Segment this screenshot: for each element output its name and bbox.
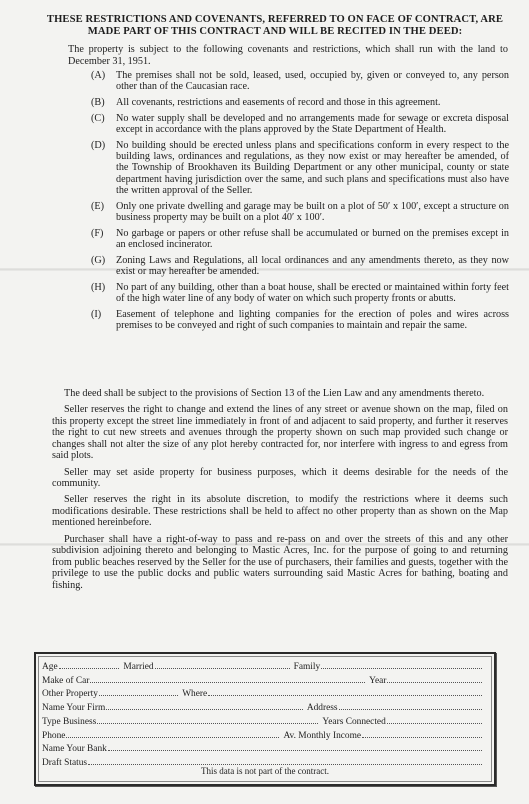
field-label: Phone: [42, 730, 65, 743]
name-your-bank-blank[interactable]: [108, 742, 482, 751]
form-row: Other PropertyWhere: [42, 687, 486, 701]
restriction-label: (I): [91, 309, 116, 332]
field-married: Married: [123, 660, 293, 674]
av-monthly-income-blank[interactable]: [362, 729, 482, 738]
address-blank[interactable]: [339, 701, 482, 710]
phone-blank[interactable]: [66, 729, 279, 738]
restriction-text: The premises shall not be sold, leased, …: [116, 70, 509, 93]
make-of-car-blank[interactable]: [90, 674, 365, 683]
field-label: Address: [307, 702, 338, 715]
field-label: Age: [42, 661, 58, 674]
contract-page: THESE RESTRICTIONS AND COVENANTS, REFERR…: [0, 0, 529, 804]
restriction-item: (C)No water supply shall be developed an…: [91, 113, 509, 136]
restriction-label: (B): [91, 97, 116, 108]
terms-paragraph: Purchaser shall have a right-of-way to p…: [52, 534, 508, 592]
restriction-label: (D): [91, 140, 116, 197]
field-name-your-bank: Name Your Bank: [42, 742, 486, 756]
restriction-item: (D)No building should be erected unless …: [91, 140, 509, 197]
married-blank[interactable]: [155, 660, 290, 669]
field-other-property: Other Property: [42, 687, 182, 701]
form-row: PhoneAv. Monthly Income: [42, 729, 486, 743]
family-blank[interactable]: [321, 660, 482, 669]
restriction-text: No garbage or papers or other refuse sha…: [116, 228, 509, 251]
terms-paragraph: Seller reserves the right to change and …: [52, 404, 508, 462]
restriction-item: (F)No garbage or papers or other refuse …: [91, 228, 509, 251]
restriction-text: Zoning Laws and Regulations, all local o…: [116, 255, 509, 278]
restriction-item: (I)Easement of telephone and lighting co…: [91, 309, 509, 332]
field-year: Year: [369, 674, 486, 688]
terms-paragraph: Seller reserves the right in its absolut…: [52, 494, 508, 529]
restriction-label: (H): [91, 282, 116, 305]
restriction-label: (C): [91, 113, 116, 136]
field-av-monthly-income: Av. Monthly Income: [283, 729, 486, 743]
restriction-label: (F): [91, 228, 116, 251]
restriction-item: (A)The premises shall not be sold, lease…: [91, 70, 509, 93]
field-make-of-car: Make of Car: [42, 674, 369, 688]
restriction-item: (B)All covenants, restrictions and easem…: [91, 97, 509, 108]
restriction-item: (H)No part of any building, other than a…: [91, 282, 509, 305]
field-name-your-firm: Name Your Firm: [42, 701, 307, 715]
field-age: Age: [42, 660, 123, 674]
where-blank[interactable]: [208, 687, 482, 696]
type-business-blank[interactable]: [97, 715, 318, 724]
terms-paragraph: The deed shall be subject to the provisi…: [52, 388, 508, 400]
form-row: Name Your Bank: [42, 742, 486, 756]
field-label: Name Your Firm: [42, 702, 105, 715]
heading-line-1: THESE RESTRICTIONS AND COVENANTS, REFERR…: [40, 14, 510, 26]
form-row: Type BusinessYears Connected: [42, 715, 486, 729]
form-footnote: This data is not part of the contract.: [34, 766, 496, 776]
form-row: AgeMarriedFamily: [42, 660, 486, 674]
restriction-item: (G)Zoning Laws and Regulations, all loca…: [91, 255, 509, 278]
field-family: Family: [294, 660, 486, 674]
draft-status-blank[interactable]: [88, 756, 482, 765]
field-label: Where: [182, 688, 207, 701]
restriction-text: No part of any building, other than a bo…: [116, 282, 509, 305]
field-phone: Phone: [42, 729, 283, 743]
terms-paragraph: Seller may set aside property for busine…: [52, 467, 508, 490]
restriction-text: Easement of telephone and lighting compa…: [116, 309, 509, 332]
other-property-blank[interactable]: [99, 687, 178, 696]
field-years-connected: Years Connected: [322, 715, 486, 729]
age-blank[interactable]: [59, 660, 120, 669]
field-label: Married: [123, 661, 153, 674]
years-connected-blank[interactable]: [387, 715, 482, 724]
field-label: Years Connected: [322, 716, 385, 729]
intro-paragraph: The property is subject to the following…: [68, 44, 508, 67]
restriction-label: (E): [91, 201, 116, 224]
restrictions-heading: THESE RESTRICTIONS AND COVENANTS, REFERR…: [40, 14, 510, 37]
restriction-text: All covenants, restrictions and easement…: [116, 97, 509, 108]
name-your-firm-blank[interactable]: [106, 701, 303, 710]
additional-terms: The deed shall be subject to the provisi…: [52, 388, 508, 596]
restriction-label: (G): [91, 255, 116, 278]
field-label: Family: [294, 661, 321, 674]
field-label: Name Your Bank: [42, 743, 107, 756]
field-label: Make of Car: [42, 675, 89, 688]
restriction-label: (A): [91, 70, 116, 93]
restriction-item: (E)Only one private dwelling and garage …: [91, 201, 509, 224]
restriction-text: Only one private dwelling and garage may…: [116, 201, 509, 224]
restriction-text: No water supply shall be developed and n…: [116, 113, 509, 136]
form-row: Make of CarYear: [42, 674, 486, 688]
field-where: Where: [182, 687, 486, 701]
year-blank[interactable]: [387, 674, 482, 683]
form-row: Name Your FirmAddress: [42, 701, 486, 715]
form-fields: AgeMarriedFamilyMake of CarYearOther Pro…: [42, 660, 486, 770]
restrictions-list: (A)The premises shall not be sold, lease…: [91, 70, 509, 336]
restriction-text: No building should be erected unless pla…: [116, 140, 509, 197]
heading-line-2: MADE PART OF THIS CONTRACT AND WILL BE R…: [40, 26, 510, 38]
field-label: Other Property: [42, 688, 98, 701]
field-label: Year: [369, 675, 386, 688]
field-label: Av. Monthly Income: [283, 730, 361, 743]
field-address: Address: [307, 701, 486, 715]
field-type-business: Type Business: [42, 715, 322, 729]
field-label: Type Business: [42, 716, 96, 729]
